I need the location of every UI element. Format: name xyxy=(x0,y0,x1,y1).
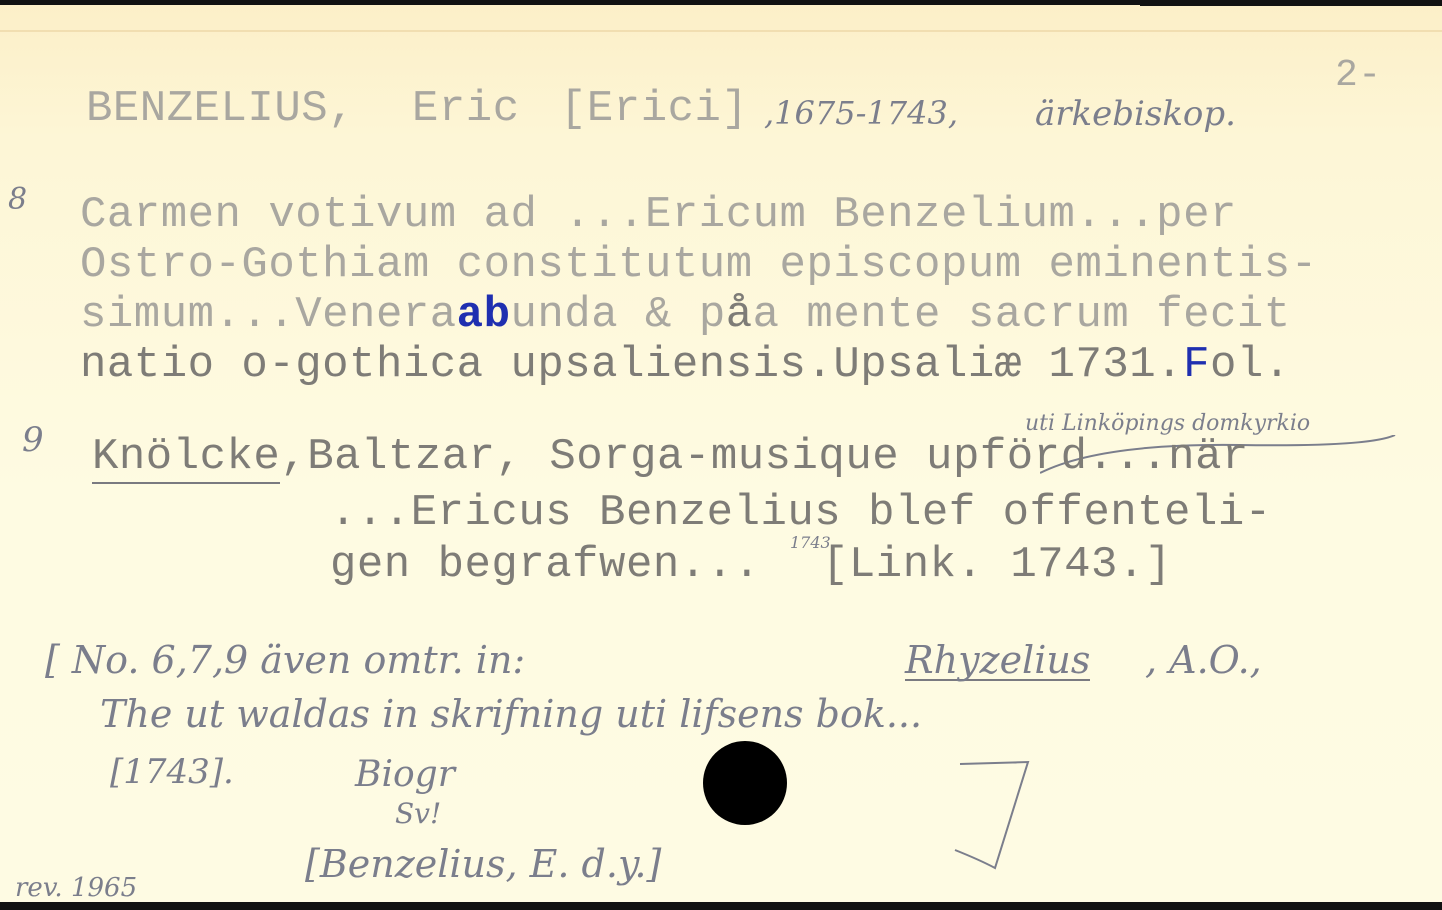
entry-9-line-3: gen begrafwen... xyxy=(330,543,760,587)
note-line-3a: [1743]. xyxy=(110,755,234,789)
revision-note: rev. 1965 xyxy=(15,875,137,901)
scan-edge-bottom xyxy=(0,902,1442,910)
note-line-1a: [ No. 6,7,9 även omtr. in: xyxy=(45,641,525,679)
entry-8-line-3a: simum...Venera xyxy=(80,290,457,340)
heading-title: ärkebiskop. xyxy=(1035,97,1236,131)
heading-dates: ,1675-1743, xyxy=(764,97,958,129)
note-line-3c: Sv! xyxy=(395,800,441,828)
entry-8-line-4: natio o-gothica upsaliensis.Upsaliæ 1731… xyxy=(80,343,1291,387)
entry-9-author: Knölcke xyxy=(92,432,280,484)
entry-9-line-1-rest: ,Baltzar, Sorga-musique upförd...när xyxy=(280,432,1249,482)
heading-bracket-name: [Erici] xyxy=(560,87,748,131)
page-number: 2- xyxy=(1335,57,1382,95)
correction-F: F xyxy=(1183,340,1210,390)
heading-forename: Eric xyxy=(412,87,520,131)
entry-9-number: 9 xyxy=(22,423,44,457)
note-line-3b: Biogr xyxy=(355,757,455,793)
entry-9-line-2: ...Ericus Benzelius blef offenteli- xyxy=(330,491,1272,535)
entry-8-line-4a: natio o-gothica upsaliensis.Upsaliæ 1731… xyxy=(80,340,1183,390)
correction-ab: ab xyxy=(457,290,511,340)
entry-9-line-4: [Link. 1743.] xyxy=(822,543,1172,587)
note-line-4: [Benzelius, E. d.y.] xyxy=(305,845,661,883)
entry-9-line-1: Knölcke,Baltzar, Sorga-musique upförd...… xyxy=(92,435,1249,479)
card-crease xyxy=(0,30,1442,32)
correction-a-ring: å xyxy=(726,290,753,340)
note-line-2: The ut waldas in skrifning uti lifsens b… xyxy=(100,695,922,733)
scan-edge-top xyxy=(1140,0,1442,6)
entry-8-line-3: simum...Veneraabunda & påa mente sacrum … xyxy=(80,293,1291,337)
note-line-1b-rhyzelius: Rhyzelius xyxy=(905,641,1090,681)
entry-8-line-3b: unda & p xyxy=(510,290,725,340)
catalog-card: 2- BENZELIUS, Eric [Erici] ,1675-1743, ä… xyxy=(0,5,1442,902)
closing-bracket-stroke xyxy=(950,760,1030,880)
entry-8-line-1: Carmen votivum ad ...Ericum Benzelium...… xyxy=(80,193,1237,237)
note-line-1c: , A.O., xyxy=(1145,641,1262,679)
entry-8-line-4b: ol. xyxy=(1210,340,1291,390)
entry-8-line-2: Ostro-Gothiam constitutum episcopum emin… xyxy=(80,243,1318,287)
entry-8-number: 8 xyxy=(8,185,27,215)
punch-hole xyxy=(703,741,787,825)
entry-8-line-3c: a mente sacrum fecit xyxy=(753,290,1291,340)
heading-surname: BENZELIUS, xyxy=(86,87,355,131)
